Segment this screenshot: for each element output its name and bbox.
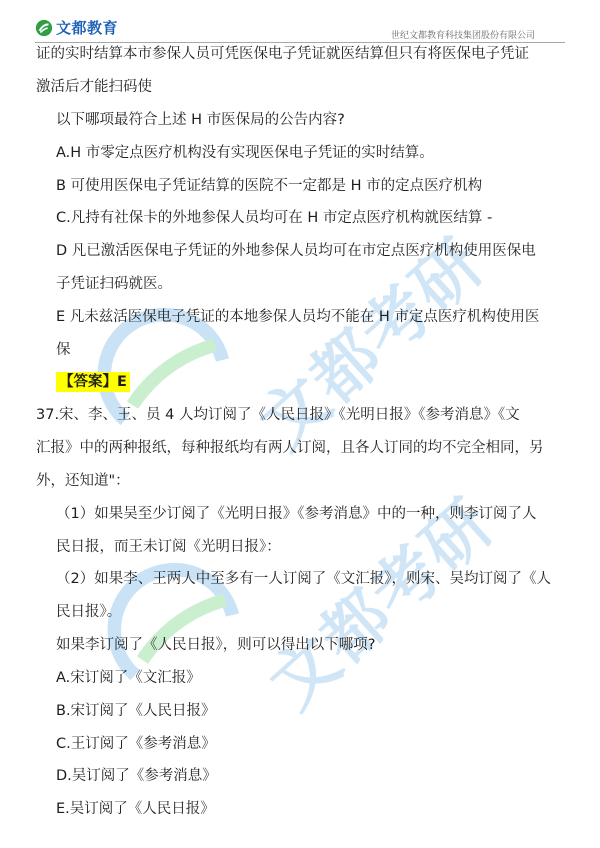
company-name: 世纪文都教育科技集团股份有限公司: [391, 28, 535, 41]
q37-option-c: C.王订阅了《参考消息》: [56, 734, 216, 754]
q36-option-c: C.凡持有社保卡的外地参保人员均可在 H 市定点医疗机构就医结算 -: [56, 208, 492, 228]
q37-condition-2: （2）如果李、王两人中至多有一人订阅了《文汇报》，则宋、吴均订阅了《人: [56, 569, 551, 589]
q37-stem-line: 37.宋、李、王、员 4 人均订阅了《人民日报》《光明日报》《参考消息》《文: [36, 405, 520, 425]
q37-stem-line: 外，还知道"：: [36, 471, 130, 491]
q37-option-b: B.宋订阅了《人民日报》: [56, 701, 216, 721]
brand-name: 文都教育: [56, 17, 118, 38]
q37-condition-1-cont: 民日报，而王未订阅《光明日报》：: [56, 537, 281, 557]
q36-question: 以下哪项最符合上述 H 市医保局的公告内容?: [56, 110, 345, 130]
page-header: 文都教育 世纪文都教育科技集团股份有限公司: [35, 14, 565, 43]
q37-question: 如果李订阅了《人民日报》，则可以得出以下哪项?: [56, 635, 375, 655]
q36-option-a: A.H 市零定点医疗机构没有实现医保电子凭证的实时结算。: [56, 143, 434, 163]
brand-logo: 文都教育: [35, 17, 118, 38]
q36-stem-line: 激活后才能扫码使: [36, 77, 152, 97]
answer-badge: 【答案】E: [56, 372, 130, 392]
wendu-logo-icon: [35, 19, 53, 37]
q37-stem-line: 汇报》中的两种报纸，每种报纸均有两人订阅，且各人订同的均不完全相同，另: [36, 438, 544, 458]
q37-condition-1: （1）如果吴至少订阅了《光明日报》《参考消息》中的一种，则李订阅了人: [56, 504, 536, 524]
q36-option-e-cont: 保: [56, 340, 71, 360]
q36-option-e: E 凡未兹活医保电子凭证的本地参保人员均不能在 H 市定点医疗机构使用医: [56, 307, 539, 327]
q37-condition-2-cont: 民日报》。: [56, 602, 121, 622]
q36-stem-line: 证的实时结算本市参保人员可凭医保电子凭证就医结算但只有将医保电子凭证: [36, 44, 529, 64]
q37-option-d: D.吴订阅了《参考消息》: [56, 766, 217, 786]
q37-option-e: E.吴订阅了《人民日报》: [56, 799, 215, 819]
q37-option-a: A.宋订阅了《文汇报》: [56, 668, 201, 688]
q36-option-b: B 可使用医保电子凭证结算的医院不一定都是 H 市的定点医疗机构: [56, 176, 482, 196]
q36-option-d-cont: 子凭证扫码就医。: [56, 274, 172, 294]
q36-option-d: D 凡已激活医保电子凭证的外地参保人员均可在市定点医疗机构使用医保电: [56, 241, 536, 261]
